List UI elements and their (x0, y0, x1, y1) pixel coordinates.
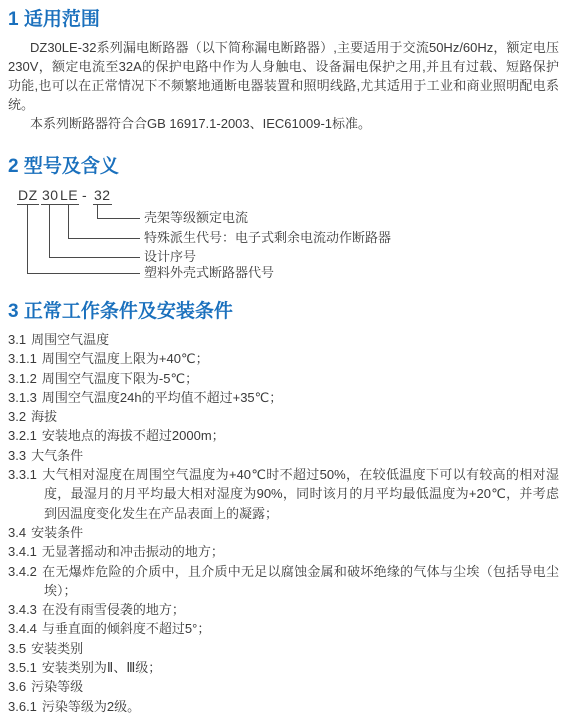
spec-item-number: 3.2.1 (8, 428, 37, 443)
document-page: 1 适用范围 DZ30LE-32系列漏电断路器（以下简称漏电断路器）,主要适用于… (0, 0, 567, 714)
spec-item-3-2-1: 3.2.1安装地点的海拔不超过2000m； (8, 426, 559, 445)
spec-item-number: 3.6.1 (8, 699, 37, 714)
model-designation-diagram: DZ 30 LE - 32 壳架等级额定电流 特殊派生代号：电子式剩余电流动作断… (8, 188, 559, 290)
spec-item-text: 在没有雨雪侵袭的地方； (42, 602, 185, 617)
model-label-case-type-code: 塑料外壳式断路器代号 (144, 266, 274, 280)
spec-item-3-2: 3.2海拔 (8, 407, 559, 426)
model-token-32: 32 (93, 188, 112, 205)
spec-item-3-3-1: 3.3.1大气相对湿度在周围空气温度为+40℃时不超过50%，在较低温度下可以有… (8, 465, 559, 523)
section3-heading: 3 正常工作条件及安装条件 (8, 301, 559, 323)
spec-item-text: 大气相对湿度在周围空气温度为+40℃时不超过50%，在较低温度下可以有较高的相对… (42, 467, 559, 521)
section2-heading: 2 型号及含义 (8, 156, 559, 178)
spec-item-number: 3.4.4 (8, 621, 37, 636)
spec-item-3-1-3: 3.1.3周围空气温度24h的平均值不超过+35℃； (8, 388, 559, 407)
spec-item-text: 无显著摇动和冲击振动的地方； (42, 544, 224, 559)
spec-item-number: 3.1 (8, 332, 26, 347)
spec-item-text: 在无爆炸危险的介质中，且介质中无足以腐蚀金属和破坏绝缘的气体与尘埃（包括导电尘埃… (42, 564, 559, 598)
spec-item-number: 3.3 (8, 448, 26, 463)
spec-item-3-4: 3.4安装条件 (8, 523, 559, 542)
spec-item-3-4-4: 3.4.4与垂直面的倾斜度不超过5°； (8, 619, 559, 638)
spec-item-number: 3.4.3 (8, 602, 37, 617)
spec-item-number: 3.1.3 (8, 390, 37, 405)
spec-item-text: 海拔 (31, 409, 57, 424)
model-token-dz: DZ (17, 188, 39, 205)
spec-item-number: 3.4.2 (8, 564, 37, 579)
section1-heading: 1 适用范围 (8, 9, 559, 31)
spec-item-text: 周围空气温度24h的平均值不超过+35℃； (42, 390, 282, 405)
spec-item-text: 大气条件 (31, 448, 83, 463)
spec-item-3-6-1: 3.6.1污染等级为2级。 (8, 697, 559, 714)
spec-item-text: 安装地点的海拔不超过2000m； (42, 428, 225, 443)
spec-item-number: 3.5 (8, 641, 26, 656)
spec-item-number: 3.5.1 (8, 660, 37, 675)
spec-item-number: 3.4 (8, 525, 26, 540)
spec-item-number: 3.4.1 (8, 544, 37, 559)
spec-item-text: 安装条件 (31, 525, 83, 540)
spec-item-3-1: 3.1周围空气温度 (8, 330, 559, 349)
spec-item-3-4-3: 3.4.3在没有雨雪侵袭的地方； (8, 600, 559, 619)
spec-item-text: 安装类别 (31, 641, 83, 656)
spec-item-text: 污染等级 (31, 679, 83, 694)
section1-paragraph-1: DZ30LE-32系列漏电断路器（以下简称漏电断路器）,主要适用于交流50Hz/… (8, 38, 559, 114)
spec-item-number: 3.1.2 (8, 371, 37, 386)
spec-item-text: 安装类别为Ⅱ、Ⅲ级； (42, 660, 161, 675)
spec-item-3-4-1: 3.4.1无显著摇动和冲击振动的地方； (8, 542, 559, 561)
spec-item-3-5: 3.5安装类别 (8, 639, 559, 658)
model-label-frame-current: 壳架等级额定电流 (144, 211, 248, 225)
spec-item-text: 污染等级为2级。 (42, 699, 140, 714)
model-token-dash: - (82, 188, 87, 203)
spec-item-3-4-2: 3.4.2在无爆炸危险的介质中，且介质中无足以腐蚀金属和破坏绝缘的气体与尘埃（包… (8, 562, 559, 601)
spec-item-3-1-2: 3.1.2周围空气温度下限为-5℃； (8, 369, 559, 388)
spec-item-text: 周围空气温度下限为-5℃； (42, 371, 198, 386)
spec-item-number: 3.2 (8, 409, 26, 424)
section1-paragraph-2: 本系列断路器符合合GB 16917.1-2003、IEC61009-1标准。 (8, 114, 559, 133)
spec-item-3-6: 3.6污染等级 (8, 677, 559, 696)
spec-item-3-5-1: 3.5.1安装类别为Ⅱ、Ⅲ级； (8, 658, 559, 677)
spec-item-3-1-1: 3.1.1周围空气温度上限为+40℃； (8, 349, 559, 368)
model-token-le: LE (59, 188, 79, 205)
model-token-30: 30 (41, 188, 60, 205)
model-label-design-serial: 设计序号 (144, 250, 196, 264)
model-label-derived-code: 特殊派生代号：电子式剩余电流动作断路器 (144, 231, 391, 245)
spec-item-number: 3.1.1 (8, 351, 37, 366)
conditions-list: 3.1周围空气温度 3.1.1周围空气温度上限为+40℃； 3.1.2周围空气温… (8, 330, 559, 714)
leader-line-dz (27, 204, 140, 274)
spec-item-text: 周围空气温度 (31, 332, 109, 347)
spec-item-3-3: 3.3大气条件 (8, 446, 559, 465)
spec-item-text: 周围空气温度上限为+40℃； (42, 351, 209, 366)
spec-item-number: 3.6 (8, 679, 26, 694)
spec-item-text: 与垂直面的倾斜度不超过5°； (42, 621, 210, 636)
spec-item-number: 3.3.1 (8, 467, 37, 482)
